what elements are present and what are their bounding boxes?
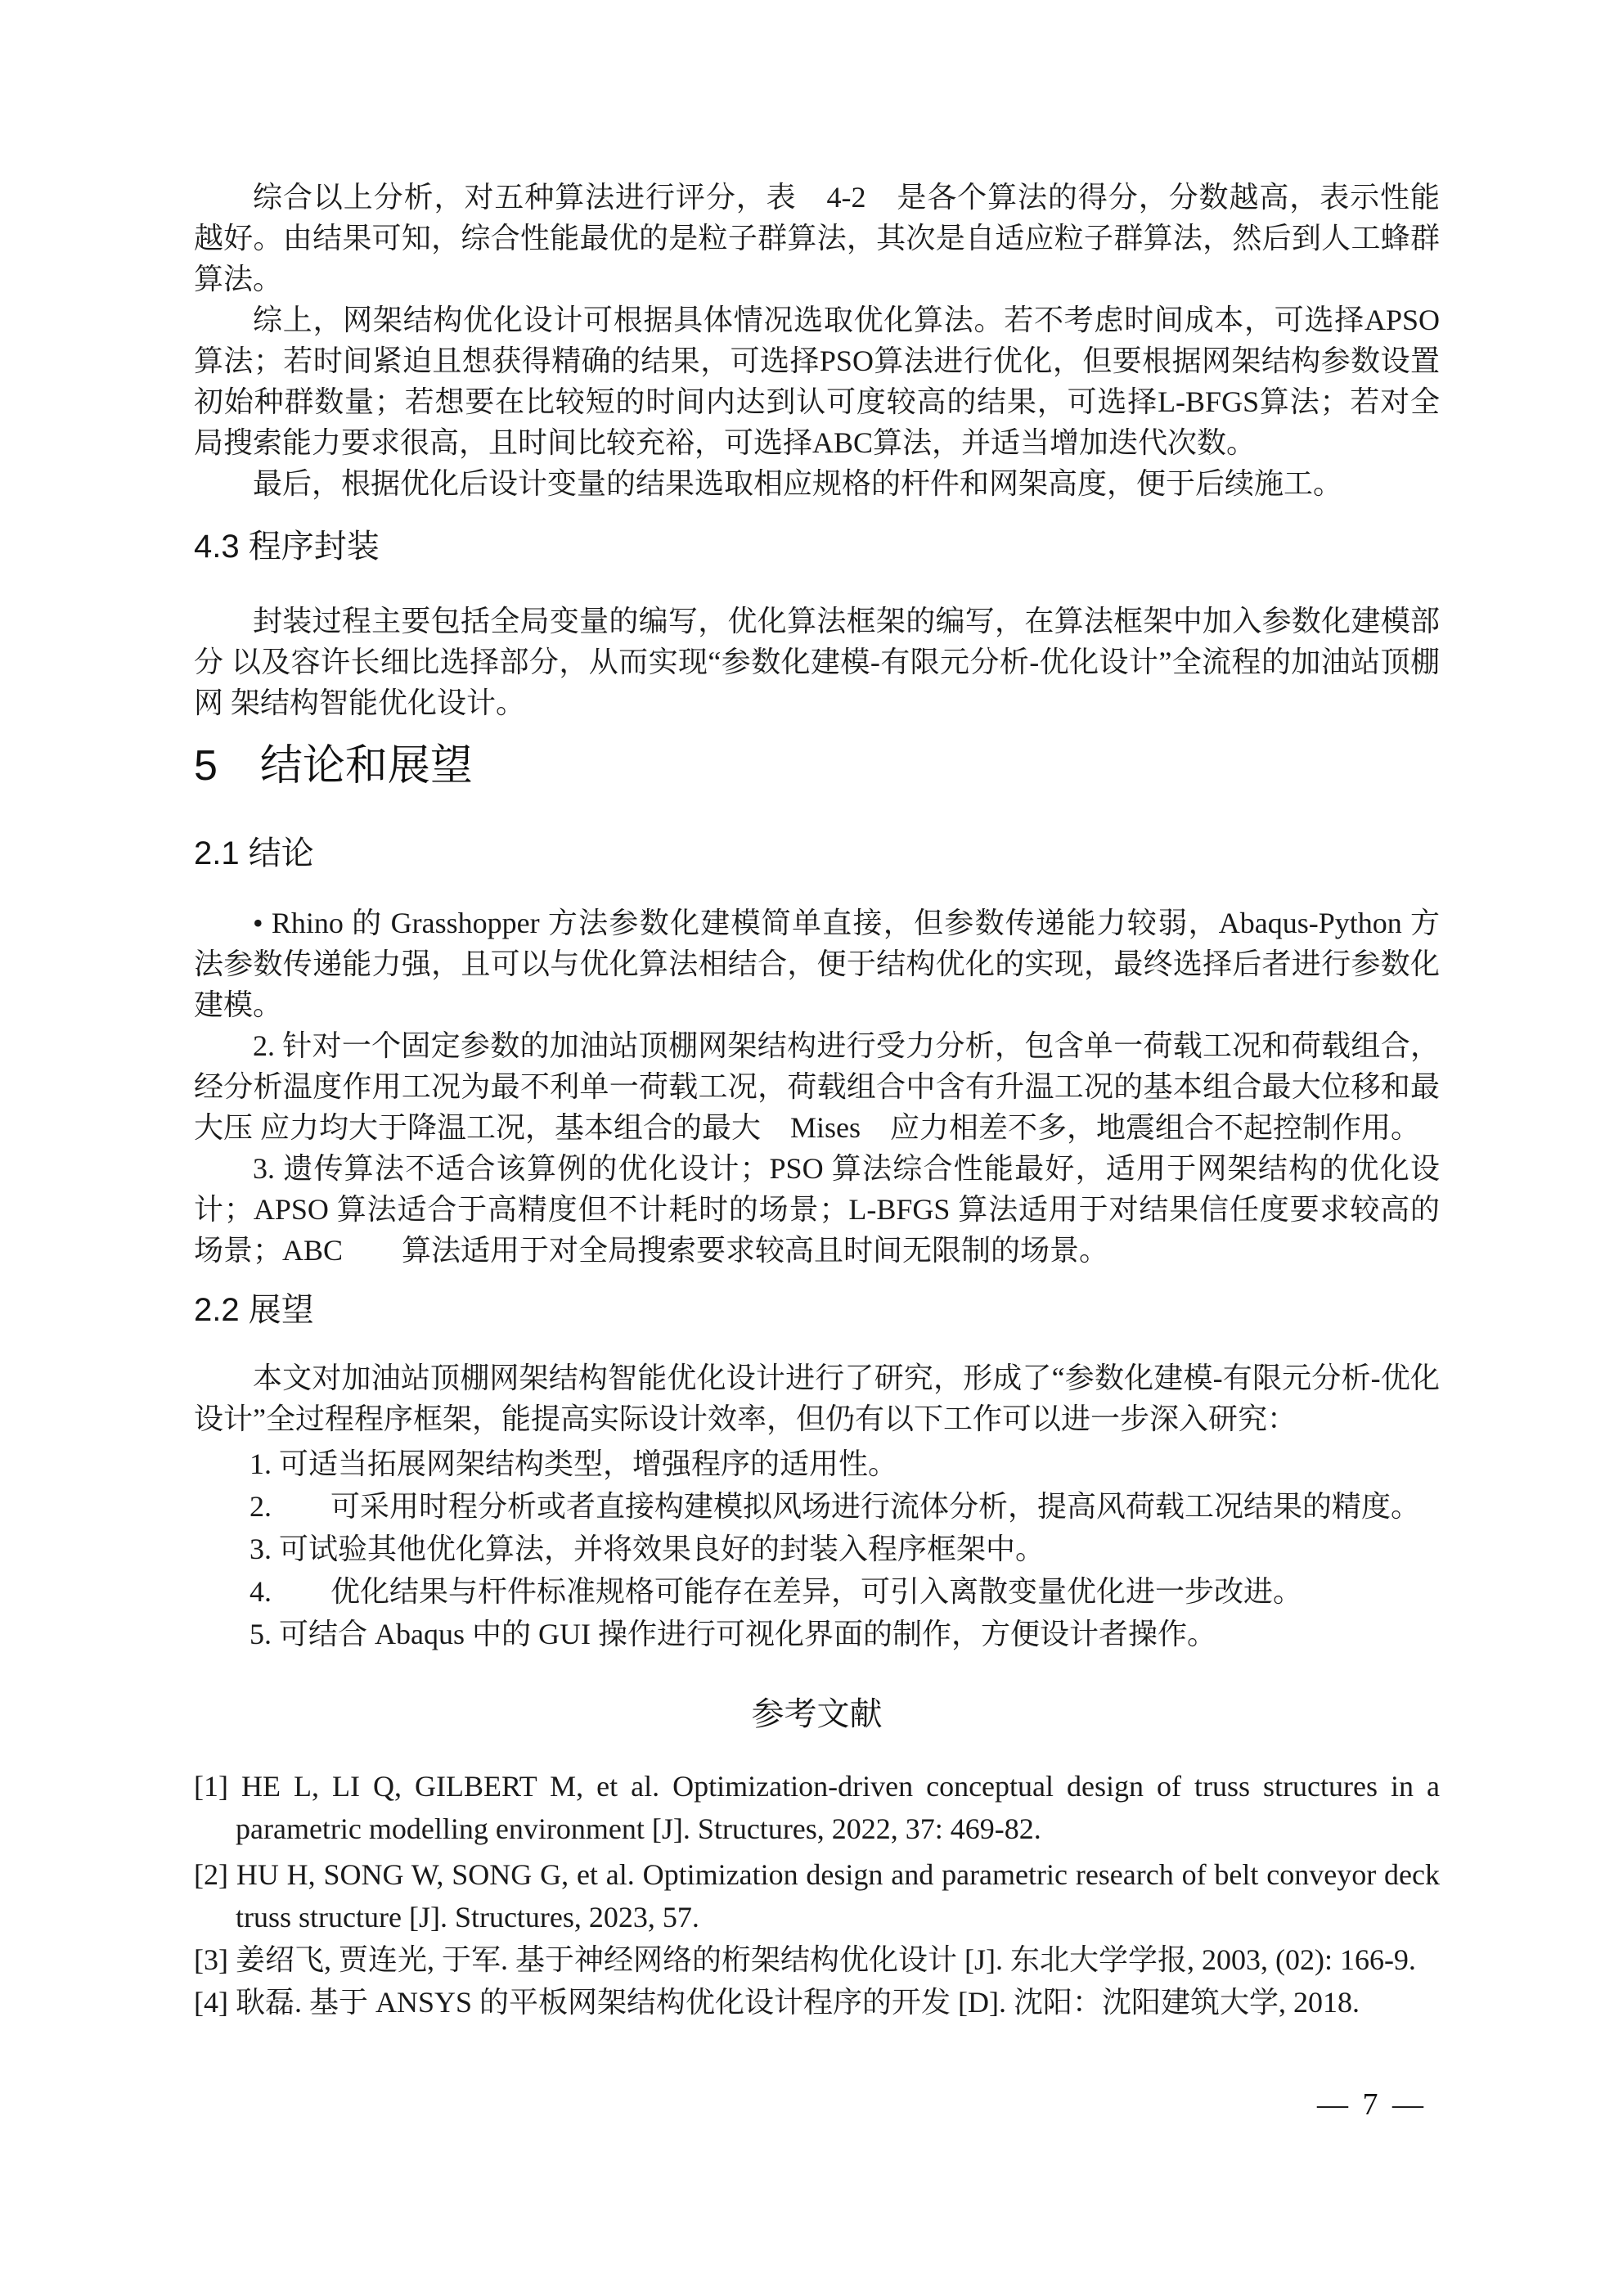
document-page: 综合以上分析，对五种算法进行评分，表 4-2 是各个算法的得分，分数越高，表示性…: [0, 0, 1623, 2296]
conclusion-item-2: 2. 针对一个固定参数的加油站顶棚网架结构进行受力分析，包含单一荷载工况和荷载组…: [194, 1025, 1440, 1148]
outlook-list: 1. 可适当拓展网架结构类型，增强程序的适用性。 2. 可采用时程分析或者直接构…: [194, 1443, 1440, 1655]
references-heading: 参考文献: [194, 1694, 1440, 1735]
outlook-item-4: 4. 优化结果与杆件标准规格可能存在差异，可引入离散变量优化进一步改进。: [194, 1570, 1440, 1613]
section-heading-4-3: 4.3 程序封装: [194, 526, 1440, 567]
outlook-item-3: 3. 可试验其他优化算法，并将效果良好的封装入程序框架中。: [194, 1528, 1440, 1570]
outlook-item-5: 5. 可结合 Abaqus 中的 GUI 操作进行可视化界面的制作，方便设计者操…: [194, 1613, 1440, 1655]
conclusion-item-3: 3. 遗传算法不适合该算例的优化设计；PSO 算法综合性能最好，适用于网架结构的…: [194, 1148, 1440, 1271]
page-content: 综合以上分析，对五种算法进行评分，表 4-2 是各个算法的得分，分数越高，表示性…: [194, 0, 1440, 2024]
section-heading-2-2: 2.2 展望: [194, 1290, 1440, 1330]
reference-entry-3: [3] 姜绍飞, 贾连光, 于军. 基于神经网络的桁架结构优化设计 [J]. 东…: [194, 1938, 1440, 1981]
outlook-item-2: 2. 可采用时程分析或者直接构建模拟风场进行流体分析，提高风荷载工况结果的精度。: [194, 1485, 1440, 1528]
paragraph-program-packaging: 封装过程主要包括全局变量的编写，优化算法框架的编写，在算法框架中加入参数化建模部…: [194, 601, 1440, 723]
conclusion-item-1: • Rhino 的 Grasshopper 方法参数化建模简单直接，但参数传递能…: [194, 903, 1440, 1025]
reference-entry-1: [1] HE L, LI Q, GILBERT M, et al. Optimi…: [194, 1765, 1440, 1850]
section-heading-2-1: 2.1 结论: [194, 833, 1440, 874]
paragraph-final-note: 最后，根据优化后设计变量的结果选取相应规格的杆件和网架高度，便于后续施工。: [194, 463, 1440, 504]
outlook-item-1: 1. 可适当拓展网架结构类型，增强程序的适用性。: [194, 1443, 1440, 1485]
paragraph-algorithm-evaluation: 综合以上分析，对五种算法进行评分，表 4-2 是各个算法的得分，分数越高，表示性…: [194, 177, 1440, 299]
paragraph-algorithm-selection: 综上，网架结构优化设计可根据具体情况选取优化算法。若不考虑时间成本，可选择APS…: [194, 299, 1440, 463]
page-number: — 7 —: [1317, 2087, 1423, 2123]
reference-entry-2: [2] HU H, SONG W, SONG G, et al. Optimiz…: [194, 1853, 1440, 1938]
reference-entry-4: [4] 耿磊. 基于 ANSYS 的平板网架结构优化设计程序的开发 [D]. 沈…: [194, 1981, 1440, 2024]
paragraph-outlook-intro: 本文对加油站顶棚网架结构智能优化设计进行了研究，形成了“参数化建模-有限元分析-…: [194, 1357, 1440, 1439]
chapter-heading-5: 5 结论和展望: [194, 740, 1440, 792]
